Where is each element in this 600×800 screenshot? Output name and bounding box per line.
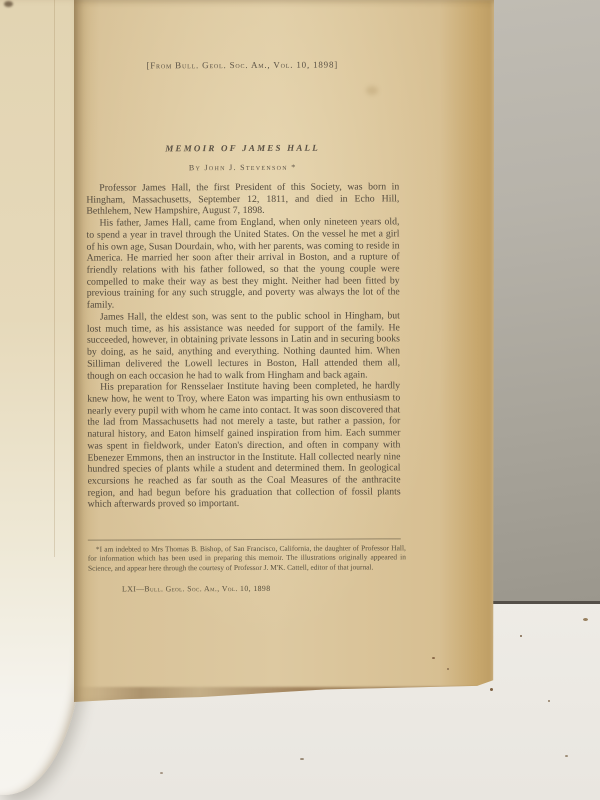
paragraph-1: Professor James Hall, the first Presiden…: [86, 181, 399, 218]
signature-line: LXI—Bull. Geol. Soc. Am., Vol. 10, 1898: [122, 584, 271, 594]
author-byline: By John J. Stevenson *: [86, 162, 399, 172]
footnote: *I am indebted to Mrs Thomas B. Bishop, …: [88, 543, 406, 573]
paragraph-2: His father, James Hall, came from Englan…: [86, 216, 399, 311]
dust-speck: [300, 758, 304, 760]
memoir-body-text: Professor James Hall, the first Presiden…: [86, 181, 400, 510]
dust-speck: [583, 618, 588, 621]
journal-header: [From Bull. Geol. Soc. Am., Vol. 10, 189…: [86, 59, 399, 70]
dust-speck: [520, 635, 522, 637]
photo-of-offprint-page: [From Bull. Geol. Soc. Am., Vol. 10, 189…: [0, 0, 600, 800]
printed-page-content: [From Bull. Geol. Soc. Am., Vol. 10, 189…: [85, 0, 401, 703]
dust-speck: [432, 657, 435, 659]
dust-speck: [160, 772, 163, 774]
paragraph-4: His preparation for Rensselaer Institute…: [87, 381, 401, 511]
dust-speck: [565, 755, 568, 757]
footnote-separator-rule: [88, 538, 401, 540]
corner-fleck: [4, 1, 13, 7]
book-page: [From Bull. Geol. Soc. Am., Vol. 10, 189…: [74, 0, 494, 702]
paragraph-3: James Hall, the eldest son, was sent to …: [87, 310, 400, 382]
dust-speck: [548, 700, 550, 702]
memoir-title: MEMOIR OF JAMES HALL: [86, 142, 399, 153]
dust-speck: [490, 688, 493, 691]
book-page-stack-edge: [0, 0, 83, 795]
dust-speck: [447, 668, 449, 670]
